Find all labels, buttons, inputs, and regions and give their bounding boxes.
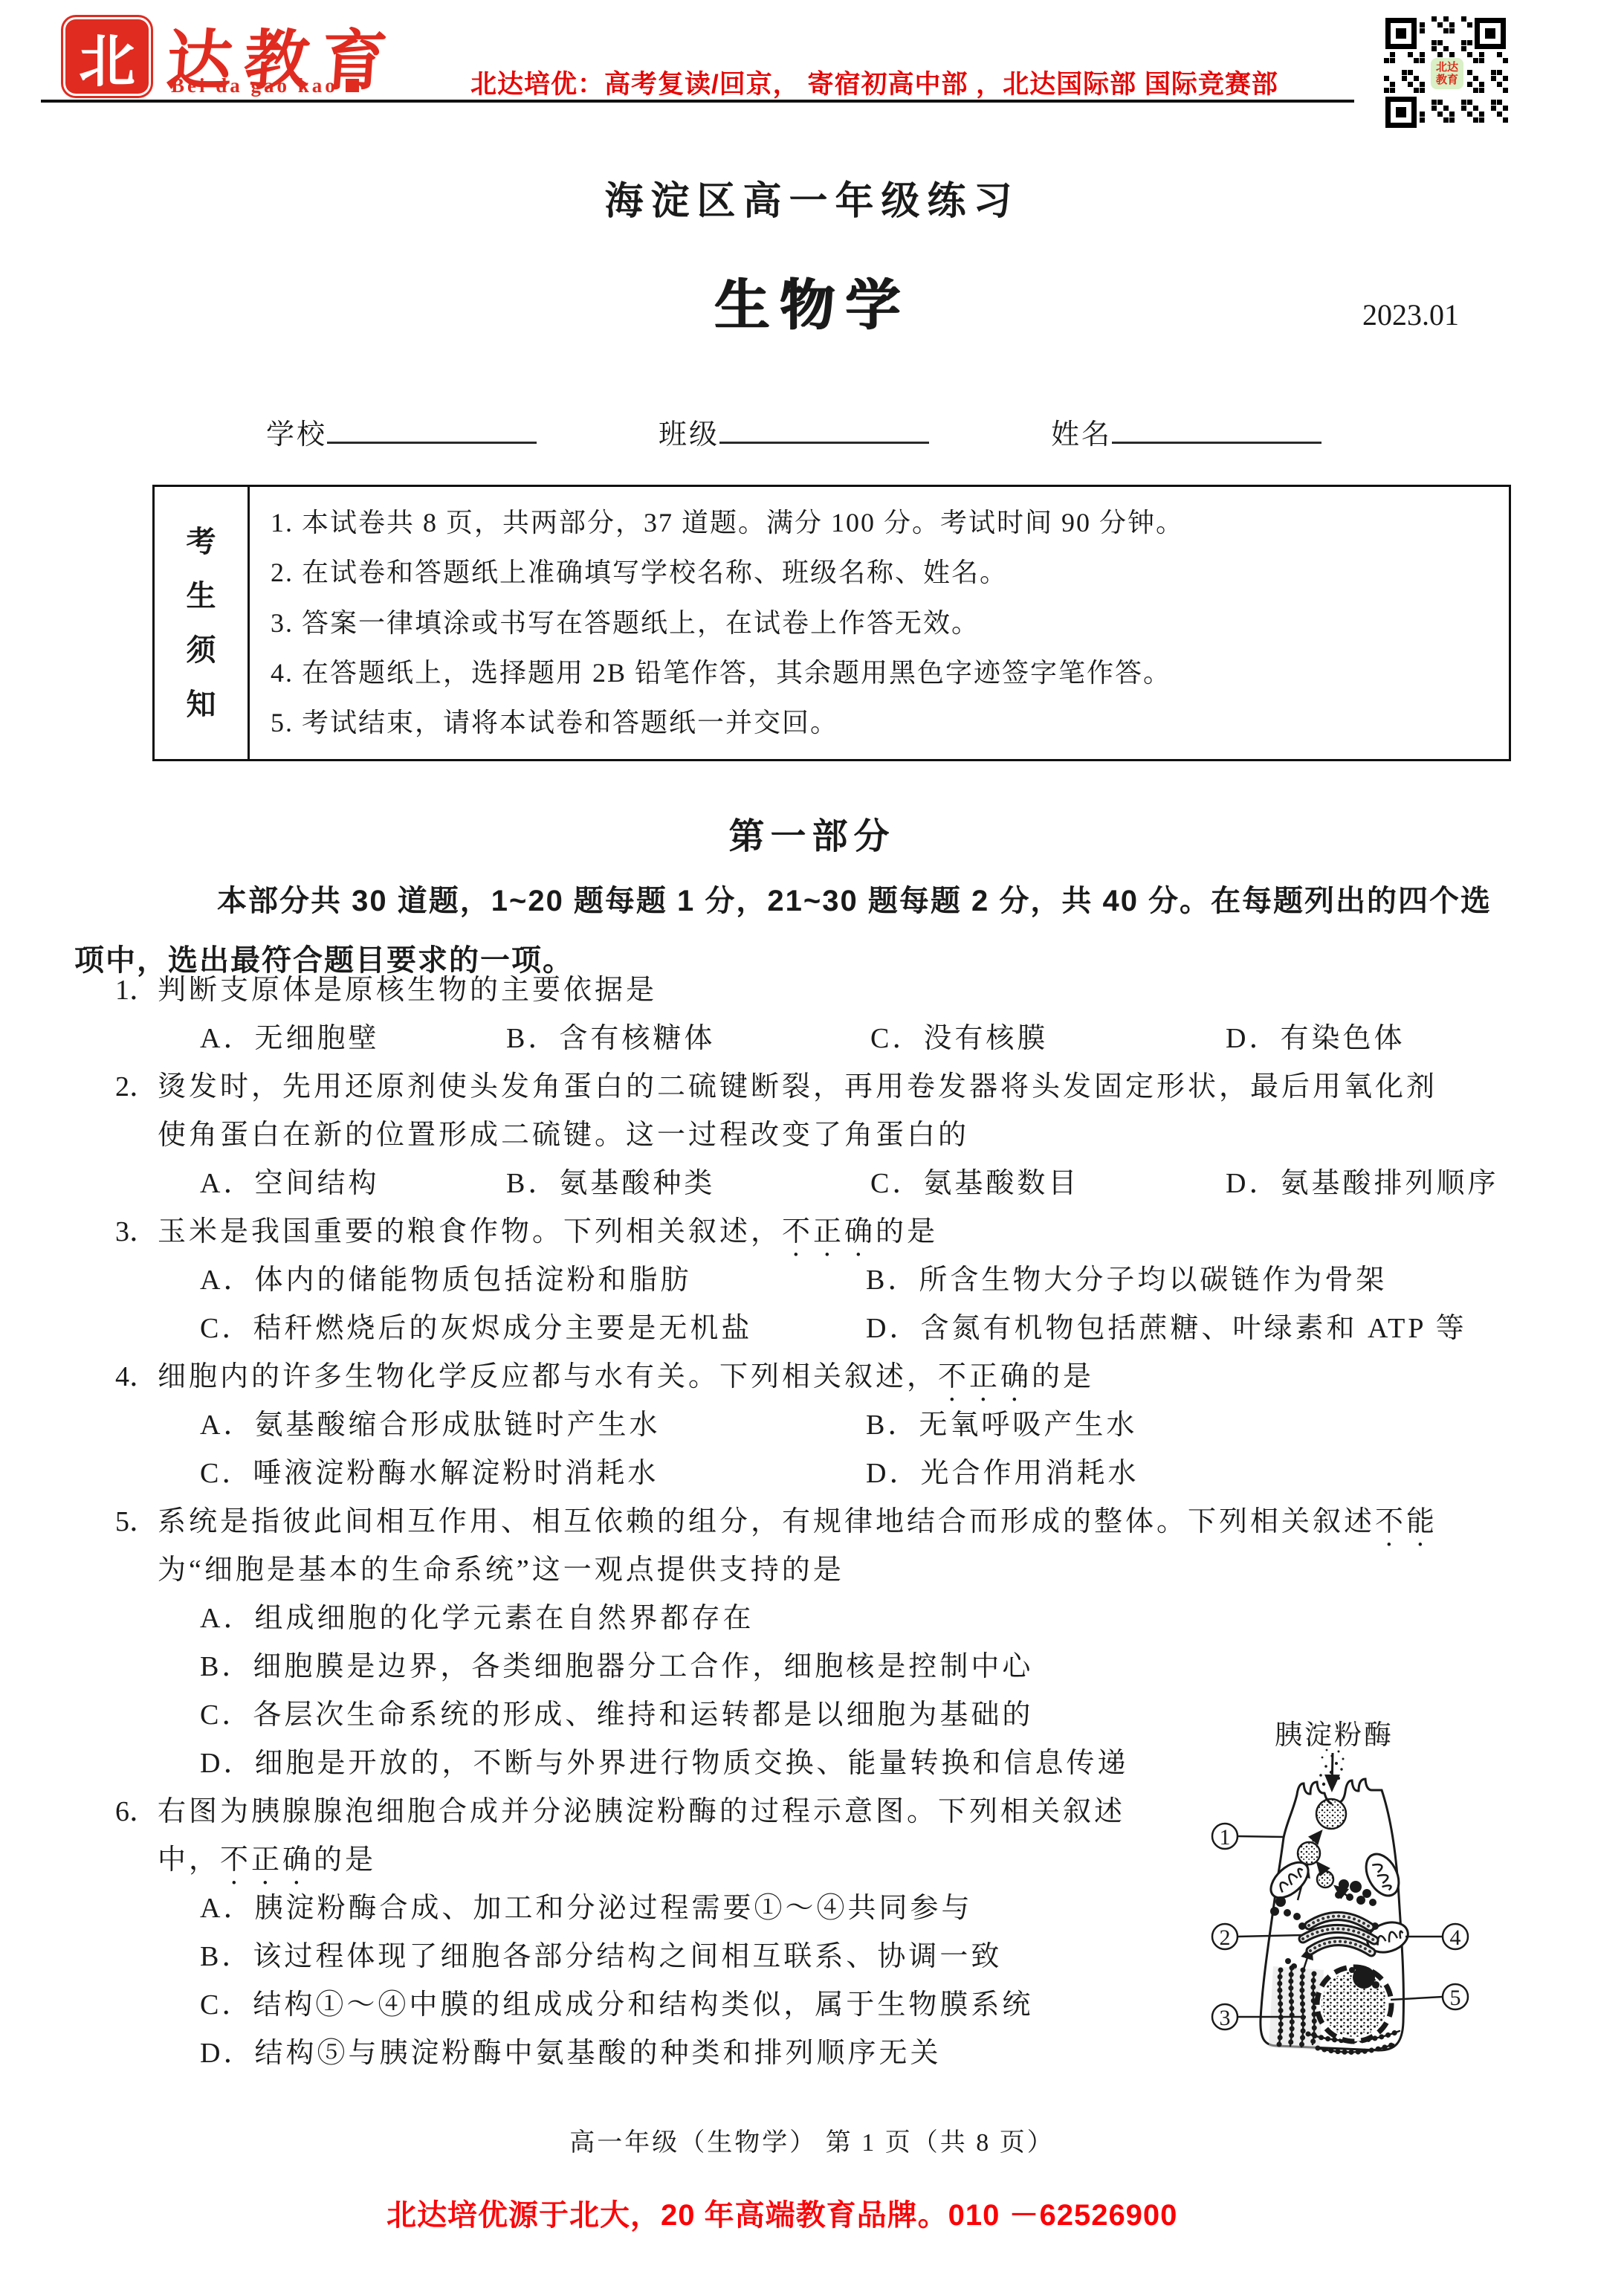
pancreatic-cell-diagram: 胰淀粉酶 bbox=[1185, 1710, 1557, 2067]
options: A．空间结构B．氨基酸种类C．氨基酸数目D．氨基酸排列顺序 bbox=[115, 1160, 1542, 1208]
stem-text: 的是 bbox=[1032, 1361, 1094, 1392]
option-B: B．细胞膜是边界，各类细胞器分工合作，细胞核是控制中心 bbox=[200, 1643, 1542, 1691]
notice-side-char: 须 bbox=[187, 627, 216, 669]
qr-center-label: 北达 教育 bbox=[1431, 58, 1463, 89]
nucleolus bbox=[1353, 1966, 1375, 1989]
question-2: 2．烫发时，先用还原剂使头发角蛋白的二硫键断裂，再用卷发器将头发固定形状，最后用… bbox=[115, 1063, 1542, 1208]
option-A: A．无细胞壁 bbox=[200, 1015, 506, 1063]
diagram-enzyme-label: 胰淀粉酶 bbox=[1275, 1719, 1394, 1751]
option-B: B．含有核糖体 bbox=[506, 1015, 870, 1063]
stem-text: 烫发时，先用还原剂使头发角蛋白的二硫键断裂，再用卷发器将头发固定形状，最后用氧化… bbox=[158, 1071, 1437, 1102]
question-stem-line: 使角蛋白在新的位置形成二硫键。这一过程改变了角蛋白的 bbox=[115, 1111, 1542, 1160]
brand-pinyin: Bei da gao kao bbox=[171, 74, 359, 97]
student-field-3: 姓名 bbox=[1051, 419, 1321, 451]
emphasized-text: 不正确 bbox=[782, 1216, 876, 1247]
options: A．无细胞壁B．含有核糖体C．没有核膜D．有染色体 bbox=[115, 1015, 1542, 1063]
option-C: C．没有核膜 bbox=[870, 1015, 1226, 1063]
callout-2: 2 bbox=[1220, 1925, 1231, 1950]
candidate-notice-box: 考生须知 1. 本试卷共 8 页，共两部分，37 道题。满分 100 分。考试时… bbox=[152, 485, 1511, 761]
notice-side-char: 生 bbox=[187, 572, 216, 615]
option-B: B．所含生物大分子均以碳链作为骨架 bbox=[866, 1256, 1542, 1305]
question-stem-line: 2．烫发时，先用还原剂使头发角蛋白的二硫键断裂，再用卷发器将头发固定形状，最后用… bbox=[115, 1063, 1542, 1111]
stem-text: 右图为胰腺腺泡细胞合成并分泌胰淀粉酶的过程示意图。下列相关叙述 bbox=[158, 1796, 1125, 1827]
stem-text: 的是 bbox=[314, 1844, 376, 1876]
option-D: D．有染色体 bbox=[1226, 1015, 1542, 1063]
stem-text: 细胞内的许多生物化学反应都与水有关。下列相关叙述， bbox=[158, 1361, 938, 1392]
field-write-line[interactable] bbox=[719, 410, 929, 444]
exam-date: 2023.01 bbox=[1362, 297, 1459, 332]
exam-paper-page: 北 达教育 Bei da gao kao 北达培优：高考复读/回京， 寄宿初高中… bbox=[0, 0, 1624, 2283]
stem-text: 使角蛋白在新的位置形成二硫键。这一过程改变了角蛋白的 bbox=[158, 1120, 969, 1151]
stem-text: 判断支原体是原核生物的主要依据是 bbox=[158, 975, 657, 1006]
emphasized-text: 不能 bbox=[1375, 1506, 1437, 1537]
chromatin-dot bbox=[1372, 1981, 1379, 1989]
stem-text: 的是 bbox=[876, 1216, 938, 1247]
brand-square-icon bbox=[346, 79, 359, 92]
option-A: A．体内的储能物质包括淀粉和脂肪 bbox=[200, 1256, 866, 1305]
notice-side-char: 考 bbox=[187, 518, 216, 561]
transport-vesicle bbox=[1298, 1842, 1320, 1864]
brand-seal-logo: 北 bbox=[65, 19, 149, 94]
question-1: 1．判断支原体是原核生物的主要依据是A．无细胞壁B．含有核糖体C．没有核膜D．有… bbox=[115, 966, 1542, 1063]
header-divider bbox=[41, 100, 1354, 103]
promo-footer: 北达培优源于北大，20 年高端教育品牌。010 －62526900 bbox=[386, 2192, 1177, 2234]
question-3: 3．玉米是我国重要的粮食作物。下列相关叙述，不正确的是A．体内的储能物质包括淀粉… bbox=[115, 1208, 1542, 1353]
brand-pinyin-text: Bei da gao kao bbox=[171, 74, 338, 97]
question-number: 5． bbox=[115, 1498, 158, 1546]
option-D: D．含氮有机物包括蔗糖、叶绿素和 ATP 等 bbox=[866, 1305, 1542, 1353]
field-label: 班级 bbox=[659, 411, 719, 452]
option-A: A．组成细胞的化学元素在自然界都存在 bbox=[200, 1595, 1542, 1643]
header-slogan: 北达培优：高考复读/回京， 寄宿初高中部 ，北达国际部 国际竞赛部 bbox=[470, 64, 1278, 101]
small-vesicle bbox=[1317, 1871, 1333, 1888]
callout-1: 1 bbox=[1220, 1825, 1231, 1850]
notice-item: 1. 本试卷共 8 页，共两部分，37 道题。满分 100 分。考试时间 90 … bbox=[271, 502, 1501, 540]
notice-item: 4. 在答题纸上，选择题用 2B 铅笔作答，其余题用黑色字迹签字笔作答。 bbox=[271, 652, 1501, 690]
question-stem-line: 3．玉米是我国重要的粮食作物。下列相关叙述，不正确的是 bbox=[115, 1208, 1542, 1256]
option-C: C．唾液淀粉酶水解淀粉时消耗水 bbox=[200, 1450, 866, 1498]
student-field-1: 学校 bbox=[266, 419, 659, 451]
option-D: D．光合作用消耗水 bbox=[866, 1450, 1542, 1498]
field-write-line[interactable] bbox=[1112, 410, 1321, 444]
page-footer: 高一年级（生物学） 第 1 页（共 8 页） bbox=[0, 2122, 1624, 2158]
notice-side-char: 知 bbox=[187, 681, 216, 723]
emphasized-text: 不正确 bbox=[220, 1844, 314, 1876]
stem-text: 中， bbox=[158, 1844, 220, 1876]
option-C: C．秸秆燃烧后的灰烬成分主要是无机盐 bbox=[200, 1305, 866, 1353]
options: A．体内的储能物质包括淀粉和脂肪B．所含生物大分子均以碳链作为骨架C．秸秆燃烧后… bbox=[115, 1256, 1542, 1353]
notice-side-label: 考生须知 bbox=[155, 487, 250, 759]
notice-item: 2. 在试卷和答题纸上准确填写学校名称、班级名称、姓名。 bbox=[271, 552, 1501, 590]
option-C: C．氨基酸数目 bbox=[870, 1160, 1226, 1208]
option-A: A．氨基酸缩合形成肽链时产生水 bbox=[200, 1401, 866, 1450]
question-number: 1． bbox=[115, 966, 158, 1015]
stem-text: 为“细胞是基本的生命系统”这一观点提供支持的是 bbox=[158, 1554, 844, 1586]
option-D: D．氨基酸排列顺序 bbox=[1226, 1160, 1542, 1208]
emphasized-text: 不正确 bbox=[938, 1361, 1032, 1392]
field-label: 学校 bbox=[266, 411, 327, 452]
stem-text: 系统是指彼此间相互作用、相互依赖的组分，有规律地结合而形成的整体。下列相关叙述 bbox=[158, 1506, 1375, 1537]
option-A: A．空间结构 bbox=[200, 1160, 506, 1208]
exam-title: 海淀区高一年级练习 bbox=[0, 169, 1624, 225]
student-field-2: 班级 bbox=[659, 419, 1051, 451]
question-number: 2． bbox=[115, 1063, 158, 1111]
chromatin-dot bbox=[1349, 1967, 1355, 1973]
callout-3: 3 bbox=[1220, 2006, 1231, 2030]
qr-label-line1: 北达 bbox=[1436, 61, 1458, 74]
question-number: 3． bbox=[115, 1208, 158, 1256]
question-4: 4．细胞内的许多生物化学反应都与水有关。下列相关叙述，不正确的是A．氨基酸缩合形… bbox=[115, 1353, 1542, 1498]
question-stem-line: 1．判断支原体是原核生物的主要依据是 bbox=[115, 966, 1542, 1015]
notice-item: 5. 考试结束，请将本试卷和答题纸一并交回。 bbox=[271, 702, 1501, 740]
question-stem-line: 为“细胞是基本的生命系统”这一观点提供支持的是 bbox=[115, 1546, 1542, 1595]
option-B: B．无氧呼吸产生水 bbox=[866, 1401, 1542, 1450]
notice-items: 1. 本试卷共 8 页，共两部分，37 道题。满分 100 分。考试时间 90 … bbox=[250, 487, 1509, 759]
student-info-fields: 学校班级姓名 bbox=[266, 410, 1321, 452]
seal-character: 北 bbox=[79, 16, 135, 97]
callout-4: 4 bbox=[1450, 1925, 1461, 1950]
field-label: 姓名 bbox=[1051, 411, 1112, 452]
fusing-vesicle bbox=[1316, 1799, 1346, 1829]
question-number: 6． bbox=[115, 1788, 158, 1836]
callout-5: 5 bbox=[1450, 1986, 1461, 2010]
question-stem-line: 5．系统是指彼此间相互作用、相互依赖的组分，有规律地结合而形成的整体。下列相关叙… bbox=[115, 1498, 1542, 1546]
stem-text: 玉米是我国重要的粮食作物。下列相关叙述， bbox=[158, 1216, 782, 1247]
option-B: B．氨基酸种类 bbox=[506, 1160, 870, 1208]
question-number: 4． bbox=[115, 1353, 158, 1401]
options: A．氨基酸缩合形成肽链时产生水B．无氧呼吸产生水C．唾液淀粉酶水解淀粉时消耗水D… bbox=[115, 1401, 1542, 1498]
question-stem-line: 4．细胞内的许多生物化学反应都与水有关。下列相关叙述，不正确的是 bbox=[115, 1353, 1542, 1401]
intro-line: 本部分共 30 道题，1~20 题每题 1 分，21~30 题每题 2 分，共 … bbox=[74, 871, 1553, 931]
section-heading: 第一部分 bbox=[0, 807, 1624, 859]
qr-label-line2: 教育 bbox=[1436, 74, 1458, 86]
field-write-line[interactable] bbox=[327, 410, 537, 444]
notice-item: 3. 答案一律填涂或书写在答题纸上，在试卷上作答无效。 bbox=[271, 602, 1501, 640]
